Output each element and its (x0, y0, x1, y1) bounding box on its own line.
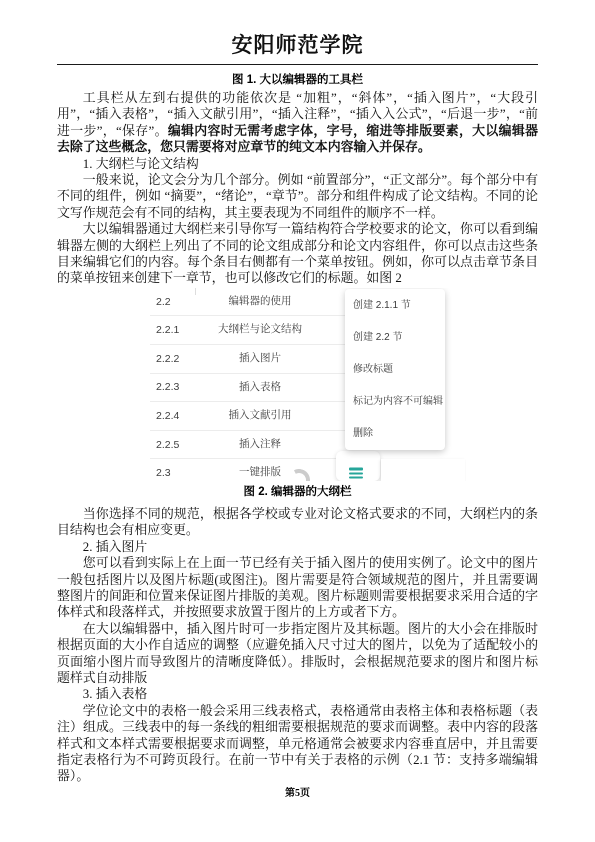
figure2-caption: 图 2. 编辑器的大纲栏 (57, 485, 538, 500)
paragraph-structure: 一般来说，论文会分为几个部分。例如 “前置部分”，“正文部分”。每个部分中有不同… (57, 172, 538, 221)
section-heading-1: 1. 大纲栏与论文结构 (57, 156, 538, 172)
figure2-screenshot: 2.2 编辑器的使用 2.2.1 大纲栏与论文结构 2.2.2 插入图片 2.2… (150, 288, 466, 481)
document-page: 安阳师范学院 图 1. 大以编辑器的工具栏 工具栏从左到右提供的功能依次是 “加… (0, 0, 595, 842)
menu-item-create-section: 创建 2.2 节 (345, 322, 445, 354)
paragraph-table: 学位论文中的表格一般会采用三线表格式，表格通常由表格主体和表格标题（表注）组成。… (57, 703, 538, 785)
outline-row: 2.2.2 插入图片 (150, 345, 370, 374)
paragraph-spec-change: 当你选择不同的规范，根据各学校或专业对论文格式要求的不同，大纲栏内的条目结构也会… (57, 506, 538, 539)
outline-row: 2.2.1 大纲栏与论文结构 (150, 316, 370, 345)
paragraph-image-editor: 在大以编辑器中，插入图片时可一步指定图片及其标题。图片的大小会在排版时根据页面的… (57, 621, 538, 687)
context-menu: 创建 2.1.1 节 创建 2.2 节 修改标题 标记为内容不可编辑 删除 (345, 289, 445, 450)
outline-row-number: 2.2.2 (156, 353, 179, 365)
outline-row-title: 插入文献引用 (150, 402, 370, 430)
outline-row-number: 2.2.4 (156, 410, 179, 422)
page-number: 第5页 (0, 784, 595, 799)
figure1-caption: 图 1. 大以编辑器的工具栏 (57, 73, 538, 88)
paragraph-image-intro: 您可以看到实际上在上面一节已经有关于插入图片的使用实例了。论文中的图片一般包括图… (57, 555, 538, 621)
menu-item-delete: 删除 (345, 418, 445, 450)
outline-row-number: 2.2.1 (156, 324, 179, 336)
university-title: 安阳师范学院 (57, 32, 538, 58)
paragraph-toolbar: 工具栏从左到右提供的功能依次是 “加粗”，“斜体”，“插入图片”，“大段引用”，… (57, 90, 538, 156)
menu-item-mark-readonly: 标记为内容不可编辑 (345, 386, 445, 418)
menu-item-rename: 修改标题 (345, 354, 445, 386)
outline-row-number: 2.2.5 (156, 439, 179, 451)
page-content: 安阳师范学院 图 1. 大以编辑器的工具栏 工具栏从左到右提供的功能依次是 “加… (57, 0, 538, 785)
outline-row: 2.2.3 插入表格 (150, 374, 370, 403)
outline-row: 2.2.4 插入文献引用 (150, 402, 370, 431)
section-heading-2: 2. 插入图片 (57, 539, 538, 555)
outline-row-title: 编辑器的使用 (150, 288, 370, 316)
outline-row-number: 2.3 (156, 467, 171, 479)
paragraph-outline-intro: 大以编辑器通过大纲栏来引导你写一篇结构符合学校要求的论文，你可以看到编辑器左侧的… (57, 221, 538, 287)
outline-row: 2.2 编辑器的使用 (150, 288, 370, 317)
outline-row-title: 大纲栏与论文结构 (150, 316, 370, 344)
section-heading-3: 3. 插入表格 (57, 686, 538, 702)
outline-row-number: 2.2 (156, 296, 171, 308)
outline-row-title: 插入图片 (150, 345, 370, 373)
menu-item-create-subsection: 创建 2.1.1 节 (345, 290, 445, 322)
background-panel (381, 459, 465, 481)
header-rule (57, 64, 538, 65)
outline-row-title: 插入表格 (150, 374, 370, 402)
row-menu-icon (349, 468, 363, 479)
outline-row-number: 2.2.3 (156, 381, 179, 393)
